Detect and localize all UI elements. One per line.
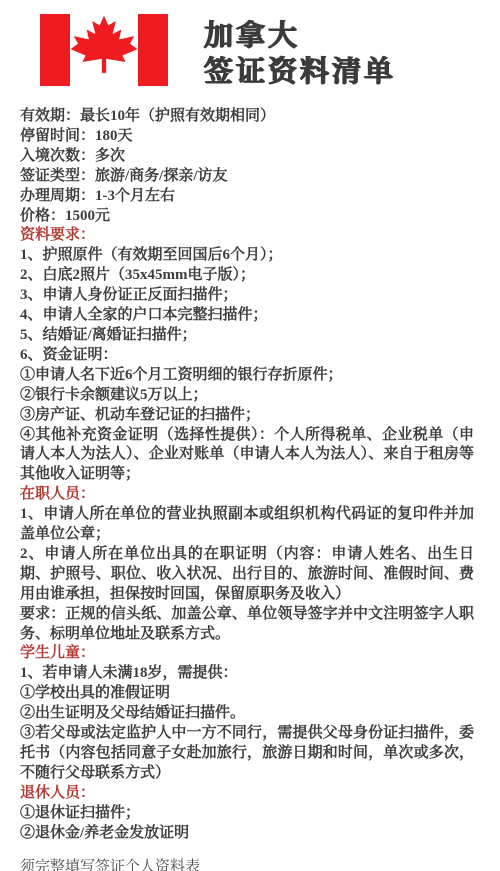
text-line: 3、申请人身份证正反面扫描件； (20, 286, 474, 306)
text-line: 6、资金证明： (20, 346, 474, 366)
text-line: 要求：正规的信头纸、加盖公章、单位领导签字并中文注明签字人职务、标明单位地址及联… (20, 605, 474, 645)
canada-flag-icon (40, 14, 168, 86)
text-line: ③房产证、机动车登记证的扫描件； (20, 406, 474, 426)
text-line: 价格：1500元 (20, 207, 474, 227)
text-line: ③若父母或法定监护人中一方不同行，需提供父母身份证扫描件，委托书（内容包括同意子… (20, 724, 474, 784)
text-line: 1、若申请人未满18岁，需提供： (20, 664, 474, 684)
section-heading: 在职人员： (20, 485, 474, 505)
text-line: 入境次数：多次 (20, 147, 474, 167)
text-line: 2、申请人所在单位出具的在职证明（内容：申请人姓名、出生日期、护照号、职位、收入… (20, 545, 474, 605)
visa-checklist-page: 加拿大 签证资料清单 有效期：最长10年（护照有效期相同）停留时间：180天入境… (0, 0, 500, 871)
text-line: ①申请人名下近6个月工资明细的银行存折原件； (20, 366, 474, 386)
text-line: ①退休证扫描件； (20, 804, 474, 824)
page-header: 加拿大 签证资料清单 (0, 0, 500, 100)
page-title-line2: 签证资料清单 (204, 53, 396, 89)
text-line: 1、申请人所在单位的营业执照副本或组织机构代码证的复印件并加盖单位公章； (20, 505, 474, 545)
page-title-line1: 加拿大 (204, 17, 396, 53)
text-line: 5、结婚证/离婚证扫描件； (20, 326, 474, 346)
text-line: 4、申请人全家的户口本完整扫描件； (20, 306, 474, 326)
document-sections: 有效期：最长10年（护照有效期相同）停留时间：180天入境次数：多次签证类型：旅… (20, 107, 474, 844)
section-heading: 资料要求： (20, 226, 474, 246)
text-line: ②出生证明及父母结婚证扫描件。 (20, 704, 474, 724)
flag-right-bar (138, 14, 168, 86)
text-line: ④其他补充资金证明（选择性提供）：个人所得税单、企业税单（申请人本人为法人）、企… (20, 426, 474, 486)
flag-left-bar (40, 14, 70, 86)
text-line: 1、护照原件（有效期至回国后6个月）； (20, 246, 474, 266)
text-line: ②退休金/养老金发放证明 (20, 824, 474, 844)
text-line: 2、白底2照片（35x45mm电子版）； (20, 266, 474, 286)
section-heading: 退休人员： (20, 784, 474, 804)
text-line: ②银行卡余额建议5万以上； (20, 386, 474, 406)
text-line: 停留时间：180天 (20, 127, 474, 147)
text-line: 有效期：最长10年（护照有效期相同） (20, 107, 474, 127)
page-title: 加拿大 签证资料清单 (204, 17, 396, 89)
text-line: ①学校出具的准假证明 (20, 684, 474, 704)
document-footer-note: 须完整填写签证个人资料表 (20, 858, 474, 871)
text-line: 签证类型：旅游/商务/探亲/访友 (20, 167, 474, 187)
text-line: 办理周期：1-3个月左右 (20, 187, 474, 207)
section-heading: 学生儿童： (20, 644, 474, 664)
document-body: 有效期：最长10年（护照有效期相同）停留时间：180天入境次数：多次签证类型：旅… (0, 100, 500, 871)
